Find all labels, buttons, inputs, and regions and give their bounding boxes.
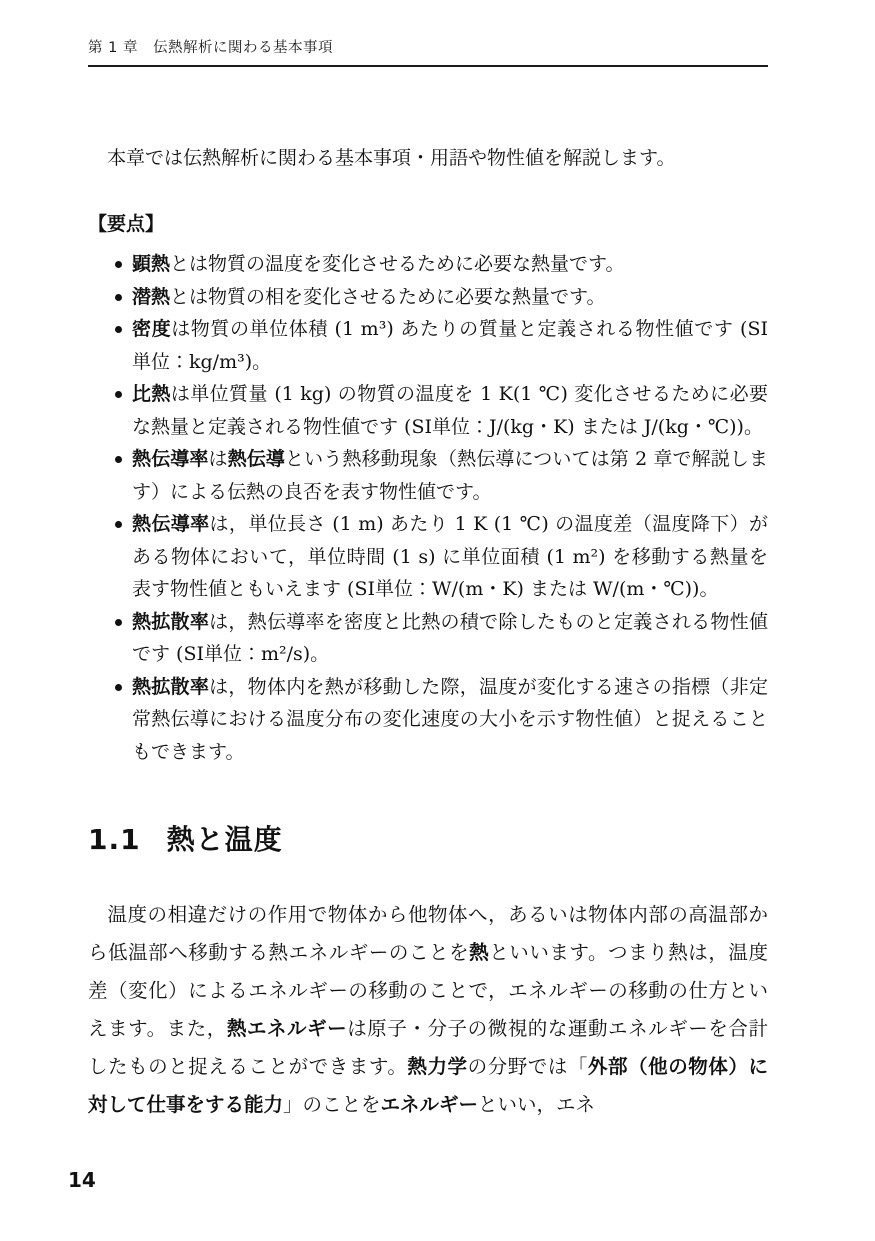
emphasized-term: 熱伝導率 xyxy=(132,448,209,470)
text-run: は単位質量 (1 kg) の物質の温度を 1 K(1 ℃) 変化させるために必要… xyxy=(132,383,768,438)
emphasized-term: 熱力学 xyxy=(407,1055,467,1078)
key-point-item: 熱伝導率は，単位長さ (1 m) あたり 1 K (1 ℃) の温度差（温度降下… xyxy=(115,508,768,606)
text-run: は xyxy=(209,448,228,470)
section-number: 1.1 xyxy=(88,823,141,856)
emphasized-term: 熱 xyxy=(469,941,489,964)
text-run: とは物質の相を変化させるために必要な熱量です。 xyxy=(170,286,605,308)
key-point-item: 熱拡散率は，物体内を熱が移動した際，温度が変化する速さの指標（非定常熱伝導におけ… xyxy=(115,671,768,769)
key-point-item: 熱伝導率は熱伝導という熱移動現象（熱伝導については第 2 章で解説します）による… xyxy=(115,443,768,508)
text-run: 」のことを xyxy=(283,1093,381,1116)
key-points-list: 顕熱とは物質の温度を変化させるために必要な熱量です。潜熱とは物質の相を変化させる… xyxy=(88,248,768,768)
body-paragraph: 温度の相違だけの作用で物体から他物体へ，あるいは物体内部の高温部から低温部へ移動… xyxy=(88,896,768,1124)
emphasized-term: 比熱 xyxy=(132,383,171,405)
emphasized-term: 熱エネルギー xyxy=(227,1017,347,1040)
book-page: 第 1 章 伝熱解析に関わる基本事項 本章では伝熱解析に関わる基本事項・用語や物… xyxy=(0,0,875,1241)
emphasized-term: 熱伝導率 xyxy=(132,513,210,535)
emphasized-term: エネルギー xyxy=(381,1093,479,1116)
running-header: 第 1 章 伝熱解析に関わる基本事項 xyxy=(88,36,768,67)
text-run: は，単位長さ (1 m) あたり 1 K (1 ℃) の温度差（温度降下）がある… xyxy=(132,513,768,600)
key-point-item: 潜熱とは物質の相を変化させるために必要な熱量です。 xyxy=(115,281,768,314)
running-header-text: 第 1 章 伝熱解析に関わる基本事項 xyxy=(88,40,333,56)
emphasized-term: 熱拡散率 xyxy=(132,611,209,633)
emphasized-term: 顕熱 xyxy=(132,253,170,275)
intro-paragraph: 本章では伝熱解析に関わる基本事項・用語や物性値を解説します。 xyxy=(88,143,768,173)
text-run: とは物質の温度を変化させるために必要な熱量です。 xyxy=(170,253,624,275)
emphasized-term: 密度 xyxy=(132,318,171,340)
key-point-item: 顕熱とは物質の温度を変化させるために必要な熱量です。 xyxy=(115,248,768,281)
emphasized-term: 熱拡散率 xyxy=(132,676,209,698)
text-run: は，物体内を熱が移動した際，温度が変化する速さの指標（非定常熱伝導における温度分… xyxy=(132,676,768,763)
key-points-heading: 【要点】 xyxy=(88,209,768,236)
text-run: といい，エネ xyxy=(478,1093,595,1116)
page-number: 14 xyxy=(68,1168,96,1192)
text-run: は物質の単位体積 (1 m³) あたりの質量と定義される物性値です (SI単位：… xyxy=(132,318,768,373)
key-point-item: 熱拡散率は，熱伝導率を密度と比熱の積で除したものと定義される物性値です (SI単… xyxy=(115,606,768,671)
key-point-item: 比熱は単位質量 (1 kg) の物質の温度を 1 K(1 ℃) 変化させるために… xyxy=(115,378,768,443)
key-point-item: 密度は物質の単位体積 (1 m³) あたりの質量と定義される物性値です (SI単… xyxy=(115,313,768,378)
section-title: 熱と温度 xyxy=(167,823,283,856)
text-run: の分野では「 xyxy=(468,1055,588,1078)
section-heading: 1.1熱と温度 xyxy=(88,818,768,858)
emphasized-term: 潜熱 xyxy=(132,286,170,308)
text-run: は，熱伝導率を密度と比熱の積で除したものと定義される物性値です (SI単位：m²… xyxy=(132,611,768,666)
emphasized-term: 熱伝導 xyxy=(228,448,285,470)
